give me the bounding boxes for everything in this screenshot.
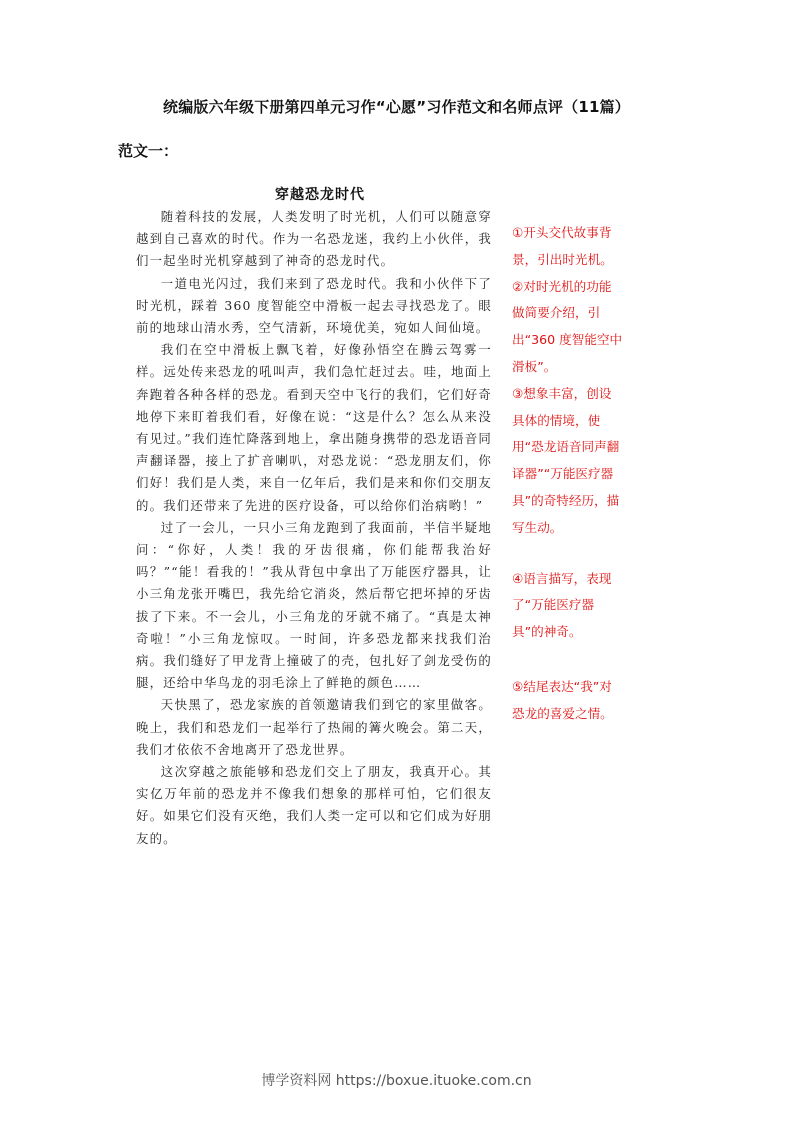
comment-4: ④语言描写，表现了“万能医疗器具”的神奇。 [512, 566, 624, 646]
document-title: 统编版六年级下册第四单元习作“心愿”习作范文和名师点评（11篇） [0, 96, 793, 117]
comment-3: ③想象丰富，创设具体的情境，使用“恐龙语音同声翻译器”“万能医疗器具”的奇特经历… [512, 381, 624, 542]
essay-paragraph-3: 我们在空中滑板上飘飞着，好像孙悟空在腾云驾雾一样。远处传来恐龙的吼叫声，我们急忙… [136, 339, 492, 517]
section-label: 范文一： [118, 140, 178, 161]
footer-watermark: 博学资料网 https://boxue.ituoke.com.cn [0, 1070, 793, 1090]
essay-title: 穿越恐龙时代 [140, 184, 500, 204]
comment-2: ②对时光机的功能做简要介绍，引出“360 度智能空中滑板”。 [512, 274, 624, 381]
comment-5: ⑤结尾表达“我”对恐龙的喜爱之情。 [512, 674, 624, 728]
essay-paragraph-2: 一道电光闪过，我们来到了恐龙时代。我和小伙伴下了时光机，踩着 360 度智能空中… [136, 273, 492, 340]
essay-paragraph-5: 天快黑了，恐龙家族的首领邀请我们到它的家里做客。晚上，我们和恐龙们一起举行了热闹… [136, 694, 492, 761]
essay-paragraph-4: 过了一会儿，一只小三角龙跑到了我面前，半信半疑地问：“你好，人类！我的牙齿很痛，… [136, 517, 492, 695]
teacher-comments: ①开头交代故事背景，引出时光机。 ②对时光机的功能做简要介绍，引出“360 度智… [512, 220, 624, 728]
essay-paragraph-6: 这次穿越之旅能够和恐龙们交上了朋友，我真开心。其实亿万年前的恐龙并不像我们想象的… [136, 761, 492, 850]
essay-paragraph-1: 随着科技的发展，人类发明了时光机，人们可以随意穿越到自己喜欢的时代。作为一名恐龙… [136, 206, 492, 273]
essay-body: 随着科技的发展，人类发明了时光机，人们可以随意穿越到自己喜欢的时代。作为一名恐龙… [136, 206, 492, 850]
comment-1: ①开头交代故事背景，引出时光机。 [512, 220, 624, 274]
